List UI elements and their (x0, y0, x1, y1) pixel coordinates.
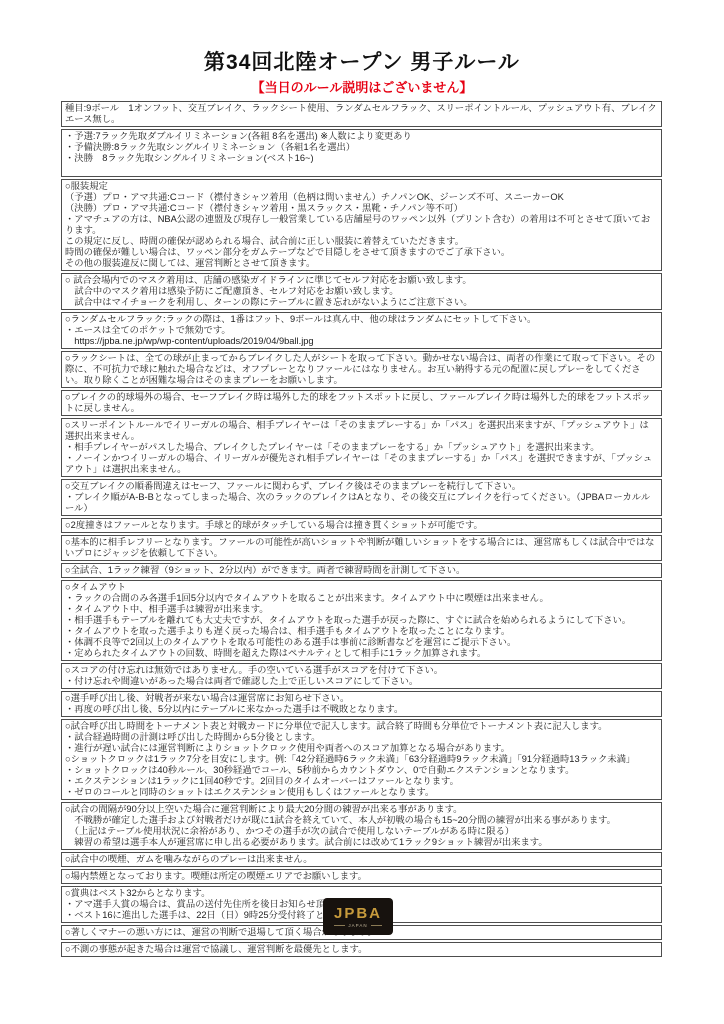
rule-line: ○ランダムセルフラック:ラックの際は、1番はフット、9ボールは真ん中、他の球はラ… (65, 314, 658, 325)
rule-section-player-call: ○選手呼び出し後、対戦者が来ない場合は運営席にお知らせ下さい。・再度の呼び出し後… (61, 691, 662, 717)
rule-line: ・ラックの合間のみ各選手1回5分以内でタイムアウトを取ることが出来ます。タイムア… (65, 593, 658, 604)
rule-section-score: ○スコアの付け忘れは無効ではありません。手の空いている選手がスコアを付けて下さい… (61, 663, 662, 689)
rule-section-events: 種目:9ボール 1オンフット、交互ブレイク、ラックシート使用、ランダムセルフラッ… (61, 101, 662, 127)
rule-line: 試合中はマイチョークを利用し、ターンの際にテーブルに置き忘れがないようにご注意下… (65, 297, 658, 308)
rule-line: ○試合呼び出し時間をトーナメント表と対戦カードに分単位で記入します。試合終了時間… (65, 721, 658, 732)
rule-line: ・タイムアウト中、相手選手は練習が出来ます。 (65, 604, 658, 615)
rule-line: その他の服装違反に関しては、運営判断とさせて頂きます。 (65, 258, 658, 269)
rule-line: ○服装規定 (65, 181, 658, 192)
rule-line: ・付け忘れや間違いがあった場合は両者で確認した上で正しいスコアにして下さい。 (65, 676, 658, 687)
rule-line: 試合中のマスク着用は感染予防にご配慮頂き、セルフ対応をお願い致します。 (65, 286, 658, 297)
rule-line: ・予選:7ラック先取ダブルイリミネーション(各組 8名を選出) ※人数により変更… (65, 131, 658, 142)
jpba-logo-japan-row: JAPAN (334, 923, 381, 928)
document-page: 第34回北陸オープン 男子ルール 【当日のルール説明はございません】 種目:9ボ… (0, 0, 724, 1024)
rule-line: 種目:9ボール 1オンフット、交互ブレイク、ラックシート使用、ランダムセルフラッ… (65, 103, 658, 125)
rule-line: 不戦勝が確定した選手および対戦者だけが既に1試合を終えていて、本人が初戦の場合も… (65, 815, 658, 826)
rule-line: ・タイムアウトを取った選手よりも遅く戻った場合は、相手選手もタイムアウトを取った… (65, 626, 658, 637)
rule-line: ○ブレイクの的球場外の場合、セーフブレイク時は場外した的球をフットスポットに戻し… (65, 392, 658, 414)
rule-section-mask: ○ 試合会場内でのマスク着用は、店舗の感染ガイドラインに準じてセルフ対応をお願い… (61, 273, 662, 310)
rule-line (65, 164, 658, 175)
rule-section-practice: ○全試合、1ラック練習（9ショット、2分以内）ができます。両者で練習時間を計測し… (61, 563, 662, 578)
logo-dash-left (334, 925, 345, 926)
rule-section-smoking-area: ○場内禁煙となっております。喫煙は所定の喫煙エリアでお願いします。 (61, 869, 662, 884)
rule-line: ○試合中の喫煙、ガムを噛みながらのプレーは出来ません。 (65, 854, 658, 865)
rule-line: （上記はテーブル使用状況に余裕があり、かつその選手が次の試合で使用しないテーブル… (65, 826, 658, 837)
rule-line: ・決勝 8ラック先取シングルイリミネーション(ベスト16~) (65, 153, 658, 164)
rule-line: ○選手呼び出し後、対戦者が来ない場合は運営席にお知らせ下さい。 (65, 693, 658, 704)
rule-line: ○スリーポイントルールでイリーガルの場合、相手プレイヤーは「そのままプレーする」… (65, 420, 658, 442)
rule-line: ・エースは全てのポケットで無効です。 (65, 325, 658, 336)
rule-section-random-self-rack: ○ランダムセルフラック:ラックの際は、1番はフット、9ボールは真ん中、他の球はラ… (61, 312, 662, 349)
rule-line: この規定に反し、時間の確保が認められる場合、試合前に正しい服装に着替えていただき… (65, 236, 658, 247)
rule-section-no-smoking-gum: ○試合中の喫煙、ガムを噛みながらのプレーは出来ません。 (61, 852, 662, 867)
rule-section-break-off-table: ○ブレイクの的球場外の場合、セーフブレイク時は場外した的球をフットスポットに戻し… (61, 390, 662, 416)
rule-line: ・予備決勝:8ラック先取シングルイリミネーション（各組1名を選出） (65, 142, 658, 153)
jpba-logo-text: JPBA (334, 906, 382, 921)
rule-line: （決勝）プロ・アマ共通:Cコード（襟付きシャツ着用・黒スラックス・黒靴・チノパン… (65, 203, 658, 214)
rule-section-three-point-rule: ○スリーポイントルールでイリーガルの場合、相手プレイヤーは「そのままプレーする」… (61, 418, 662, 477)
rule-line: ○ラックシートは、全ての球が止まってからブレイクした人がシートを取って下さい。動… (65, 353, 658, 386)
rule-line: ○試合の間隔が90分以上空いた場合に運営判断により最大20分間の練習が出来る事が… (65, 804, 658, 815)
rule-line: ○場内禁煙となっております。喫煙は所定の喫煙エリアでお願いします。 (65, 871, 658, 882)
rule-line: ・ノーインかつイリーガルの場合、イリーガルが優先され相手プレイヤーは「そのままプ… (65, 453, 658, 475)
rule-section-unforeseen: ○不測の事態が起きた場合は運営で協議し、運営判断を最優先とします。 (61, 942, 662, 957)
rule-line: ○タイムアウト (65, 582, 658, 593)
rule-line: ○交互ブレイクの順番間違えはセーフ、ファールに関わらず、ブレイク後はそのままプレ… (65, 481, 658, 492)
rule-line: ○2度撞きはファールとなります。手球と的球がタッチしている場合は撞き貫くショット… (65, 520, 658, 531)
rule-line: ・エクステンションは1ラックに1回40秒です。2回目のタイムオーバーはファールと… (65, 776, 658, 787)
rule-line: ・進行が遅い試合には運営判断によりショットクロック使用や両者へのスコア加算となる… (65, 743, 658, 754)
rule-line: 練習の希望は選手本人が運営席に申し出る必要があります。試合前には改めて1ラック9… (65, 837, 658, 848)
rule-line: ・ゼロのコールと同時のショットはエクステンション使用もしくはファールとなります。 (65, 787, 658, 798)
rule-line: ・相手選手もテーブルを離れても大丈夫ですが、タイムアウトを取った選手が戻った際に… (65, 615, 658, 626)
rule-section-format: ・予選:7ラック先取ダブルイリミネーション(各組 8名を選出) ※人数により変更… (61, 129, 662, 177)
rule-line: ・相手プレイヤーがパスした場合、ブレイクしたプレイヤーは「そのままプレーをする」… (65, 442, 658, 453)
rule-line: ・試合経過時間の計測は呼び出した時間から5分後とします。 (65, 732, 658, 743)
rule-line: ・再度の呼び出し後、5分以内にテーブルに来なかった選手は不戦敗となります。 (65, 704, 658, 715)
rule-line: ○全試合、1ラック練習（9ショット、2分以内）ができます。両者で練習時間を計測し… (65, 565, 658, 576)
page-title: 第34回北陸オープン 男子ルール (0, 50, 724, 76)
rule-line: ・アマチュアの方は、NBA公認の連盟及び現存し一般営業している店舗屋号のワッペン… (65, 214, 658, 236)
jpba-logo-subtext: JAPAN (348, 923, 367, 928)
rule-line: （予選）プロ・アマ共通:Cコード（襟付きシャツ着用（色柄は問いません）チノパンO… (65, 192, 658, 203)
rule-line: ・ショットクロックは40秒ルール、30秒経過でコール、5秒前からカウントダウン、… (65, 765, 658, 776)
rule-section-self-referee: ○基本的に相手レフリーとなります。ファールの可能性が高いショットや判断が難しいシ… (61, 535, 662, 561)
rules-list: 種目:9ボール 1オンフット、交互ブレイク、ラックシート使用、ランダムセルフラッ… (61, 101, 662, 957)
page-subtitle: 【当日のルール説明はございません】 (0, 77, 724, 96)
rule-section-double-hit: ○2度撞きはファールとなります。手球と的球がタッチしている場合は撞き貫くショット… (61, 518, 662, 533)
rule-section-dress-code: ○服装規定（予選）プロ・アマ共通:Cコード（襟付きシャツ着用（色柄は問いません）… (61, 179, 662, 271)
rule-line: ○スコアの付け忘れは無効ではありません。手の空いている選手がスコアを付けて下さい… (65, 665, 658, 676)
rule-line: ○ショットクロックは1ラック7分を目安にします。例:「42分経過時6ラック未満」… (65, 754, 658, 765)
logo-dash-right (371, 925, 382, 926)
rule-section-match-time-shot-clock: ○試合呼び出し時間をトーナメント表と対戦カードに分単位で記入します。試合終了時間… (61, 719, 662, 800)
rule-section-interval-practice: ○試合の間隔が90分以上空いた場合に運営判断により最大20分間の練習が出来る事が… (61, 802, 662, 850)
rule-line: ・定められたタイムアウトの回数、時間を超えた際はペナルティとして相手に1ラック加… (65, 648, 658, 659)
rule-section-timeout: ○タイムアウト・ラックの合間のみ各選手1回5分以内でタイムアウトを取ることが出来… (61, 580, 662, 661)
rule-line: https://jpba.ne.jp/wp/wp-content/uploads… (65, 336, 658, 347)
rule-line: ○基本的に相手レフリーとなります。ファールの可能性が高いショットや判断が難しいシ… (65, 537, 658, 559)
rule-line: ・体調不良等で2回以上のタイムアウトを取る可能性のある選手は事前に診断書などを運… (65, 637, 658, 648)
rule-line: ○不測の事態が起きた場合は運営で協議し、運営判断を最優先とします。 (65, 944, 658, 955)
jpba-logo: JPBA JAPAN (323, 898, 393, 935)
rule-line: ○ 試合会場内でのマスク着用は、店舗の感染ガイドラインに準じてセルフ対応をお願い… (65, 275, 658, 286)
rule-section-rack-sheet: ○ラックシートは、全ての球が止まってからブレイクした人がシートを取って下さい。動… (61, 351, 662, 388)
rule-section-alternate-break: ○交互ブレイクの順番間違えはセーフ、ファールに関わらず、ブレイク後はそのままプレ… (61, 479, 662, 516)
rule-line: 時間の確保が難しい場合は、ワッペン部分をガムテープなどで目隠しをさせて頂きますの… (65, 247, 658, 258)
rule-line: ・ブレイク順がA-B-Bとなってしまった場合、次のラックのブレイクはAとなり、そ… (65, 492, 658, 514)
